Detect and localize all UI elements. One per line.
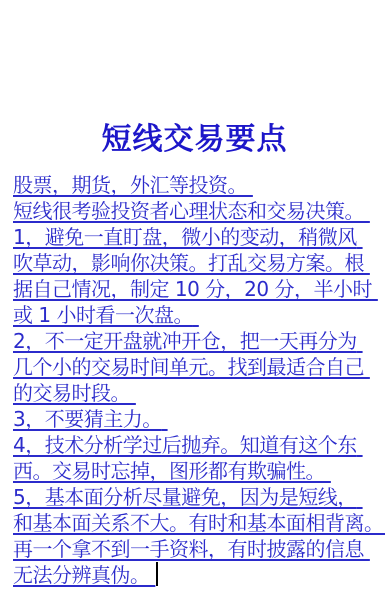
text-line[interactable]: 的交易时段。 [13,380,385,406]
text-line-content: 无法分辨真伪。 [13,563,155,587]
text-line-content: 3，不要猜主力。 [13,407,168,431]
text-line[interactable]: 5，基本面分析尽量避免，因为是短线， [13,484,385,510]
text-line[interactable]: 2，不一定开盘就冲开仓，把一天再分为 [13,328,385,354]
text-line-content: 据自己情况，制定 10 分，20 分，半小时 [13,277,378,301]
text-line[interactable]: 再一个拿不到一手资料，有时披露的信息 [13,536,385,562]
document-page: 短线交易要点 股票，期货，外汇等投资。 短线很考验投资者心理状态和交易决策。 1… [0,0,389,600]
text-line-content: 西。交易时忘掉，图形都有欺骗性。 [13,459,331,483]
text-line-content: 再一个拿不到一手资料，有时披露的信息 [13,537,370,561]
text-line[interactable]: 和基本面关系不大。有时和基本面相背离。 [13,510,385,536]
text-line[interactable]: 或 1 小时看一次盘。 [13,302,385,328]
text-line-content: 或 1 小时看一次盘。 [13,303,199,327]
document-body[interactable]: 股票，期货，外汇等投资。 短线很考验投资者心理状态和交易决策。 1，避免一直盯盘… [0,172,389,588]
text-line[interactable]: 吹草动，影响你决策。打乱交易方案。根 [13,250,385,276]
text-line-content: 股票，期货，外汇等投资。 [13,173,253,197]
text-line[interactable]: 短线很考验投资者心理状态和交易决策。 [13,198,385,224]
text-line[interactable]: 1，避免一直盯盘，微小的变动，稍微风 [13,224,385,250]
text-line-content: 的交易时段。 [13,381,136,405]
text-cursor [156,562,158,586]
text-line[interactable]: 4，技术分析学过后抛弃。知道有这个东 [13,432,385,458]
text-line-content: 4，技术分析学过后抛弃。知道有这个东 [13,433,363,457]
text-line[interactable]: 股票，期货，外汇等投资。 [13,172,385,198]
text-line-content: 5，基本面分析尽量避免，因为是短线， [13,485,363,509]
text-line[interactable]: 几个小的交易时间单元。找到最适合自己 [13,354,385,380]
text-line-content: 1，避免一直盯盘，微小的变动，稍微风 [13,225,363,249]
text-line-content: 短线很考验投资者心理状态和交易决策。 [13,199,370,223]
text-line-content: 2，不一定开盘就冲开仓，把一天再分为 [13,329,363,353]
document-title[interactable]: 短线交易要点 [0,118,389,162]
text-line[interactable]: 3，不要猜主力。 [13,406,385,432]
text-line-content: 吹草动，影响你决策。打乱交易方案。根 [13,251,370,275]
text-line[interactable]: 西。交易时忘掉，图形都有欺骗性。 [13,458,385,484]
text-line[interactable]: 据自己情况，制定 10 分，20 分，半小时 [13,276,385,302]
text-line-content: 和基本面关系不大。有时和基本面相背离。 [13,511,385,535]
text-line-content: 几个小的交易时间单元。找到最适合自己 [13,355,370,379]
text-line[interactable]: 无法分辨真伪。 [13,562,385,588]
